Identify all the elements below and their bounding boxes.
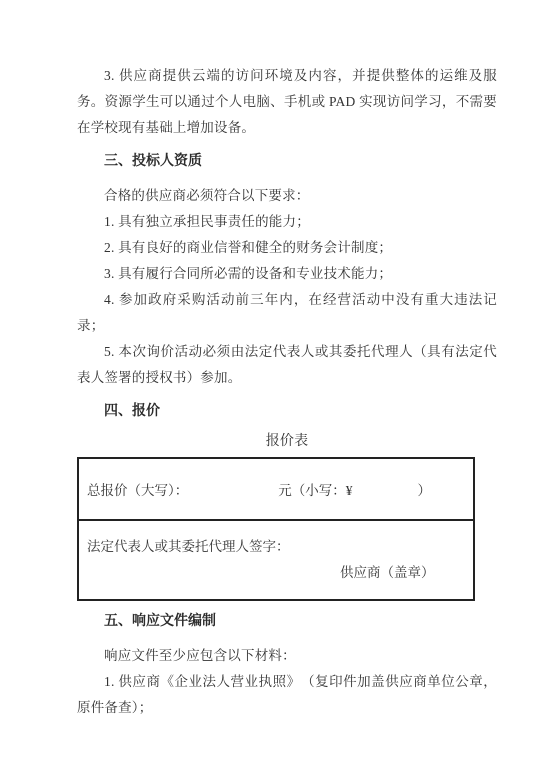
closing-paren: ） — [418, 479, 432, 499]
qualification-item-1: 1. 具有独立承担民事责任的能力； — [77, 209, 497, 235]
supplier-seal-label: 供应商（盖章） — [340, 560, 473, 586]
document-page: 3. 供应商提供云端的访问环境及内容，并提供整体的运维及服务。资源学生可以通过个… — [0, 0, 553, 782]
document-content: 3. 供应商提供云端的访问环境及内容，并提供整体的运维及服务。资源学生可以通过个… — [77, 63, 497, 721]
paragraph-cloud-service: 3. 供应商提供云端的访问环境及内容，并提供整体的运维及服务。资源学生可以通过个… — [77, 63, 497, 141]
table-row-signature: 法定代表人或其委托代理人签字： 供应商（盖章） — [78, 520, 474, 600]
section-3-lead: 合格的供应商必须符合以下要求： — [77, 183, 497, 209]
yuan-figures-label: 元（小写：¥ — [278, 479, 352, 499]
quotation-table-title: 报价表 — [77, 429, 497, 455]
qualification-item-2: 2. 具有良好的商业信誉和健全的财务会计制度； — [77, 235, 497, 261]
heading-section-4-quotation: 四、报价 — [77, 399, 497, 425]
table-row-total-price: 总报价（大写）： 元（小写：¥ ） — [78, 458, 474, 520]
section-5-lead: 响应文件至少应包含以下材料： — [77, 643, 497, 669]
heading-section-5-response-documents: 五、响应文件编制 — [77, 609, 497, 635]
heading-section-3-bidder-qualifications: 三、投标人资质 — [77, 149, 497, 175]
qualification-item-4: 4. 参加政府采购活动前三年内，在经营活动中没有重大违法记录； — [77, 287, 497, 339]
response-document-item-1: 1. 供应商《企业法人营业执照》 （复印件加盖供应商单位公章，原件备查）； — [77, 669, 497, 721]
qualification-item-5: 5. 本次询价活动必须由法定代表人或其委托代理人（具有法定代表人签署的授权书）参… — [77, 339, 497, 391]
qualification-item-3: 3. 具有履行合同所必需的设备和专业技术能力； — [77, 261, 497, 287]
quotation-table: 总报价（大写）： 元（小写：¥ ） 法定代表人或其委托代理人签字： 供应商（盖章… — [77, 457, 475, 601]
total-price-label: 总报价（大写）： — [87, 479, 188, 499]
signature-label: 法定代表人或其委托代理人签字： — [87, 534, 473, 560]
total-price-line: 总报价（大写）： 元（小写：¥ ） — [87, 479, 473, 499]
